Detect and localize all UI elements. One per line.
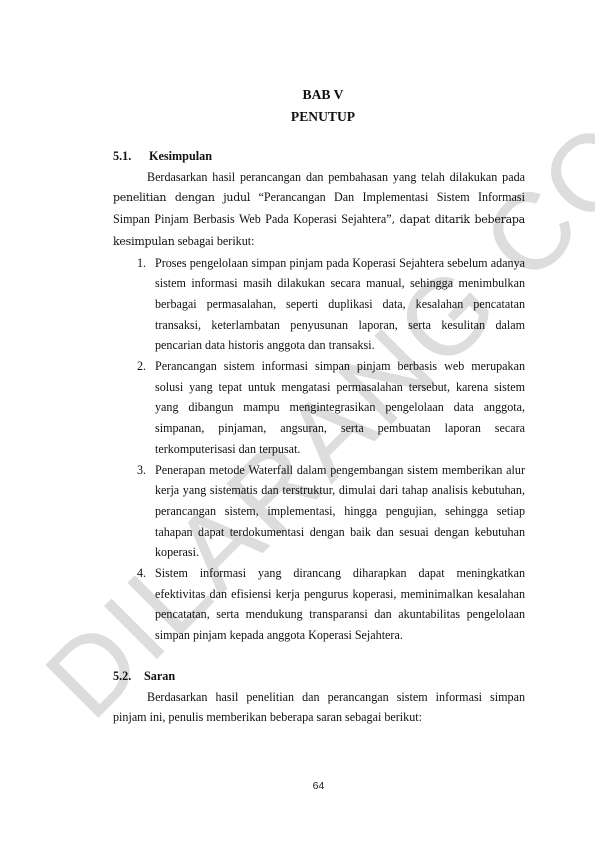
list-item-text: Perancangan sistem informasi simpan pinj… <box>155 359 525 456</box>
section-title: Saran <box>144 666 175 687</box>
list-item-number: 1. <box>137 253 146 274</box>
intro-text-2: penelitian dengan judul <box>113 191 250 204</box>
list-item-number: 3. <box>137 460 146 481</box>
section-heading-saran: 5.2. Saran <box>113 666 525 687</box>
section-number: 5.2. <box>113 666 144 687</box>
intro-text-5: sebagai berikut: <box>175 234 255 248</box>
section-number: 5.1. <box>113 146 149 167</box>
saran-intro-paragraph: Berdasarkan hasil penelitian dan peranca… <box>113 687 525 728</box>
list-item: 1. Proses pengelolaan simpan pinjam pada… <box>137 253 525 357</box>
section-heading-kesimpulan: 5.1. Kesimpulan <box>113 146 525 167</box>
intro-text-1: Berdasarkan hasil perancangan dan pembah… <box>147 170 525 184</box>
page-content: BAB V PENUTUP 5.1. Kesimpulan Berdasarka… <box>113 84 525 728</box>
section-spacer <box>113 646 525 666</box>
kesimpulan-intro-paragraph: Berdasarkan hasil perancangan dan pembah… <box>113 167 525 253</box>
list-item-number: 2. <box>137 356 146 377</box>
list-item: 2. Perancangan sistem informasi simpan p… <box>137 356 525 460</box>
list-item-number: 4. <box>137 563 146 584</box>
list-item-text: Sistem informasi yang dirancang diharapk… <box>155 566 525 642</box>
chapter-title: PENUTUP <box>113 106 525 128</box>
section-title: Kesimpulan <box>149 146 212 167</box>
chapter-label: BAB V <box>113 84 525 106</box>
list-item: 3. Penerapan metode Waterfall dalam peng… <box>137 460 525 564</box>
document-page: DILARANG COPY BAB V PENUTUP 5.1. Kesimpu… <box>0 0 595 842</box>
list-item: 4. Sistem informasi yang dirancang dihar… <box>137 563 525 646</box>
list-item-text: Proses pengelolaan simpan pinjam pada Ko… <box>155 256 525 353</box>
list-item-text: Penerapan metode Waterfall dalam pengemb… <box>155 463 525 560</box>
page-number: 64 <box>0 780 595 792</box>
kesimpulan-list: 1. Proses pengelolaan simpan pinjam pada… <box>113 253 525 646</box>
